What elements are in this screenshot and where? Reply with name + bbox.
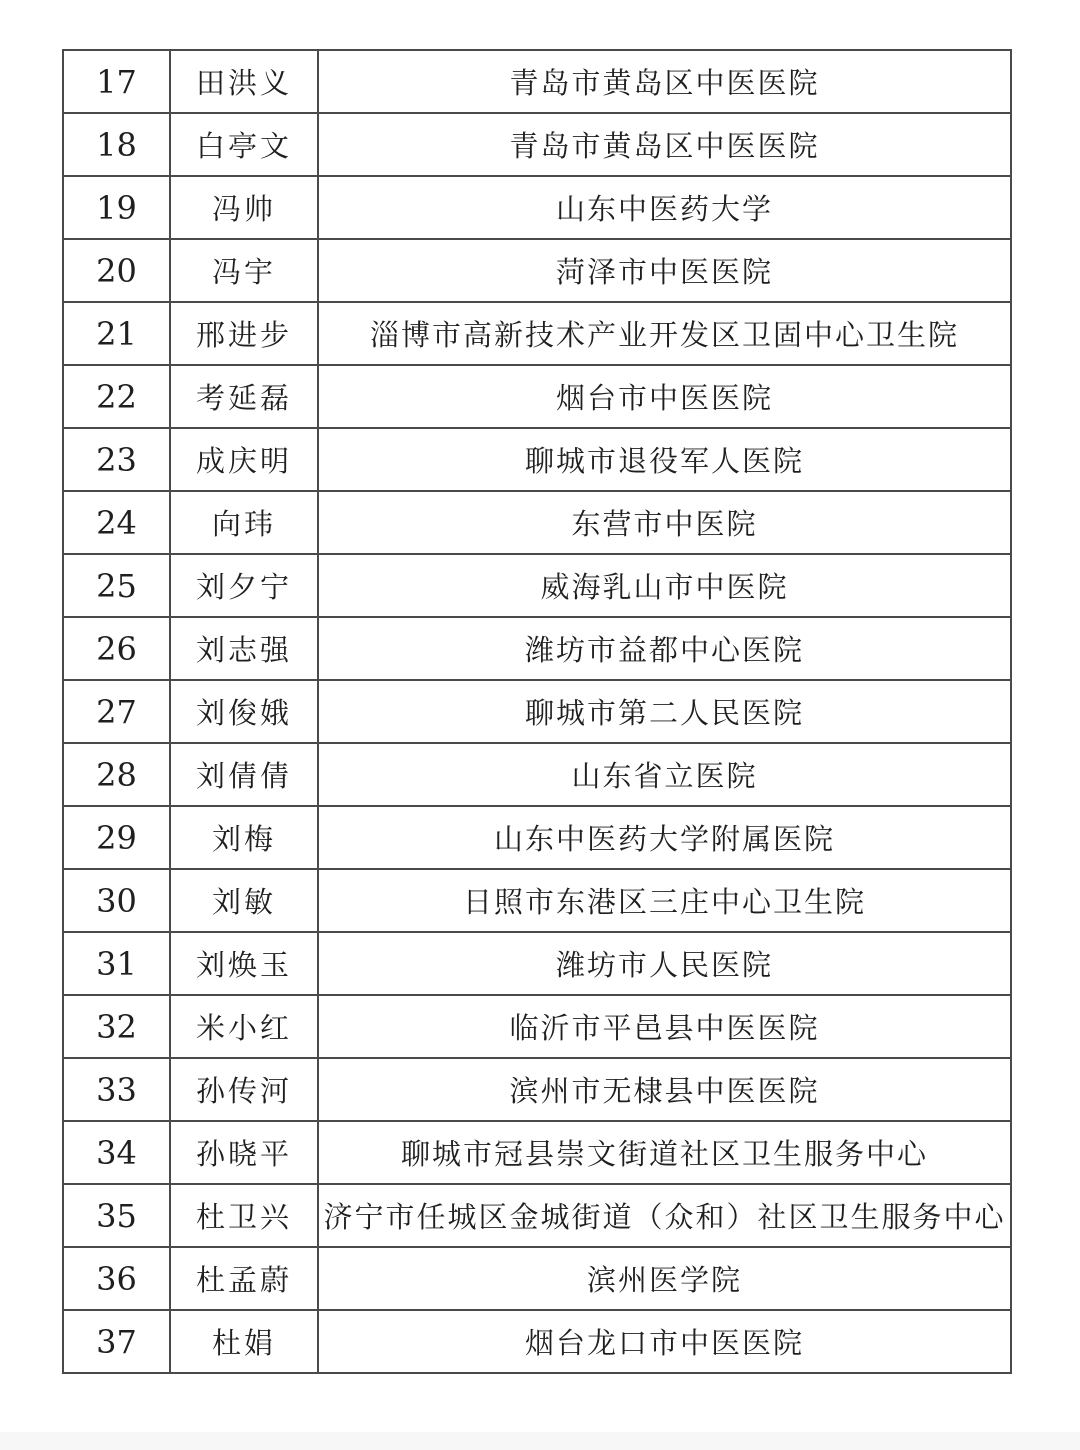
institution-name: 烟台龙口市中医医院 (318, 1310, 1011, 1373)
table-row: 31 刘焕玉 潍坊市人民医院 (63, 932, 1011, 995)
table-row: 34 孙晓平 聊城市冠县崇文街道社区卫生服务中心 (63, 1121, 1011, 1184)
person-name: 冯宇 (170, 239, 318, 302)
table-row: 35 杜卫兴 济宁市任城区金城街道（众和）社区卫生服务中心 (63, 1184, 1011, 1247)
row-number: 29 (63, 806, 170, 869)
row-number: 30 (63, 869, 170, 932)
person-name: 杜卫兴 (170, 1184, 318, 1247)
row-number: 27 (63, 680, 170, 743)
document-page: 17 田洪义 青岛市黄岛区中医医院 18 白亭文 青岛市黄岛区中医医院 19 冯… (0, 0, 1080, 1450)
institution-name: 济宁市任城区金城街道（众和）社区卫生服务中心 (318, 1184, 1011, 1247)
institution-name: 菏泽市中医医院 (318, 239, 1011, 302)
row-number: 33 (63, 1058, 170, 1121)
table-row: 19 冯帅 山东中医药大学 (63, 176, 1011, 239)
institution-name: 潍坊市人民医院 (318, 932, 1011, 995)
row-number: 26 (63, 617, 170, 680)
table-row: 29 刘梅 山东中医药大学附属医院 (63, 806, 1011, 869)
person-name: 刘敏 (170, 869, 318, 932)
institution-name: 潍坊市益都中心医院 (318, 617, 1011, 680)
institution-name: 聊城市退役军人医院 (318, 428, 1011, 491)
institution-name: 临沂市平邑县中医医院 (318, 995, 1011, 1058)
row-number: 21 (63, 302, 170, 365)
person-name: 刘焕玉 (170, 932, 318, 995)
institution-name: 青岛市黄岛区中医医院 (318, 113, 1011, 176)
table-row: 30 刘敏 日照市东港区三庄中心卫生院 (63, 869, 1011, 932)
institution-name: 日照市东港区三庄中心卫生院 (318, 869, 1011, 932)
person-name: 刘夕宁 (170, 554, 318, 617)
row-number: 34 (63, 1121, 170, 1184)
person-name: 向玮 (170, 491, 318, 554)
table-row: 26 刘志强 潍坊市益都中心医院 (63, 617, 1011, 680)
institution-name: 东营市中医院 (318, 491, 1011, 554)
roster-table: 17 田洪义 青岛市黄岛区中医医院 18 白亭文 青岛市黄岛区中医医院 19 冯… (62, 49, 1012, 1374)
table-row: 36 杜孟蔚 滨州医学院 (63, 1247, 1011, 1310)
institution-name: 青岛市黄岛区中医医院 (318, 50, 1011, 113)
row-number: 37 (63, 1310, 170, 1373)
person-name: 白亭文 (170, 113, 318, 176)
person-name: 考延磊 (170, 365, 318, 428)
institution-name: 滨州市无棣县中医医院 (318, 1058, 1011, 1121)
row-number: 31 (63, 932, 170, 995)
person-name: 孙晓平 (170, 1121, 318, 1184)
row-number: 32 (63, 995, 170, 1058)
person-name: 田洪义 (170, 50, 318, 113)
table-row: 18 白亭文 青岛市黄岛区中医医院 (63, 113, 1011, 176)
institution-name: 聊城市冠县崇文街道社区卫生服务中心 (318, 1121, 1011, 1184)
institution-name: 山东中医药大学附属医院 (318, 806, 1011, 869)
institution-name: 山东省立医院 (318, 743, 1011, 806)
row-number: 19 (63, 176, 170, 239)
institution-name: 烟台市中医医院 (318, 365, 1011, 428)
table-row: 22 考延磊 烟台市中医医院 (63, 365, 1011, 428)
table-row: 27 刘俊娥 聊城市第二人民医院 (63, 680, 1011, 743)
table-row: 33 孙传河 滨州市无棣县中医医院 (63, 1058, 1011, 1121)
person-name: 杜娟 (170, 1310, 318, 1373)
row-number: 24 (63, 491, 170, 554)
person-name: 成庆明 (170, 428, 318, 491)
row-number: 22 (63, 365, 170, 428)
person-name: 刘梅 (170, 806, 318, 869)
row-number: 28 (63, 743, 170, 806)
institution-name: 威海乳山市中医院 (318, 554, 1011, 617)
table-row: 37 杜娟 烟台龙口市中医医院 (63, 1310, 1011, 1373)
row-number: 23 (63, 428, 170, 491)
table-row: 17 田洪义 青岛市黄岛区中医医院 (63, 50, 1011, 113)
person-name: 冯帅 (170, 176, 318, 239)
person-name: 刘俊娥 (170, 680, 318, 743)
institution-name: 聊城市第二人民医院 (318, 680, 1011, 743)
row-number: 18 (63, 113, 170, 176)
table-row: 28 刘倩倩 山东省立医院 (63, 743, 1011, 806)
table-row: 24 向玮 东营市中医院 (63, 491, 1011, 554)
person-name: 杜孟蔚 (170, 1247, 318, 1310)
row-number: 36 (63, 1247, 170, 1310)
institution-name: 淄博市高新技术产业开发区卫固中心卫生院 (318, 302, 1011, 365)
row-number: 25 (63, 554, 170, 617)
person-name: 米小红 (170, 995, 318, 1058)
row-number: 17 (63, 50, 170, 113)
table-row: 21 邢进步 淄博市高新技术产业开发区卫固中心卫生院 (63, 302, 1011, 365)
table-row: 20 冯宇 菏泽市中医医院 (63, 239, 1011, 302)
person-name: 刘倩倩 (170, 743, 318, 806)
person-name: 邢进步 (170, 302, 318, 365)
institution-name: 滨州医学院 (318, 1247, 1011, 1310)
row-number: 35 (63, 1184, 170, 1247)
person-name: 刘志强 (170, 617, 318, 680)
person-name: 孙传河 (170, 1058, 318, 1121)
table-row: 25 刘夕宁 威海乳山市中医院 (63, 554, 1011, 617)
bottom-shade (0, 1432, 1080, 1450)
table-row: 32 米小红 临沂市平邑县中医医院 (63, 995, 1011, 1058)
row-number: 20 (63, 239, 170, 302)
institution-name: 山东中医药大学 (318, 176, 1011, 239)
table-row: 23 成庆明 聊城市退役军人医院 (63, 428, 1011, 491)
